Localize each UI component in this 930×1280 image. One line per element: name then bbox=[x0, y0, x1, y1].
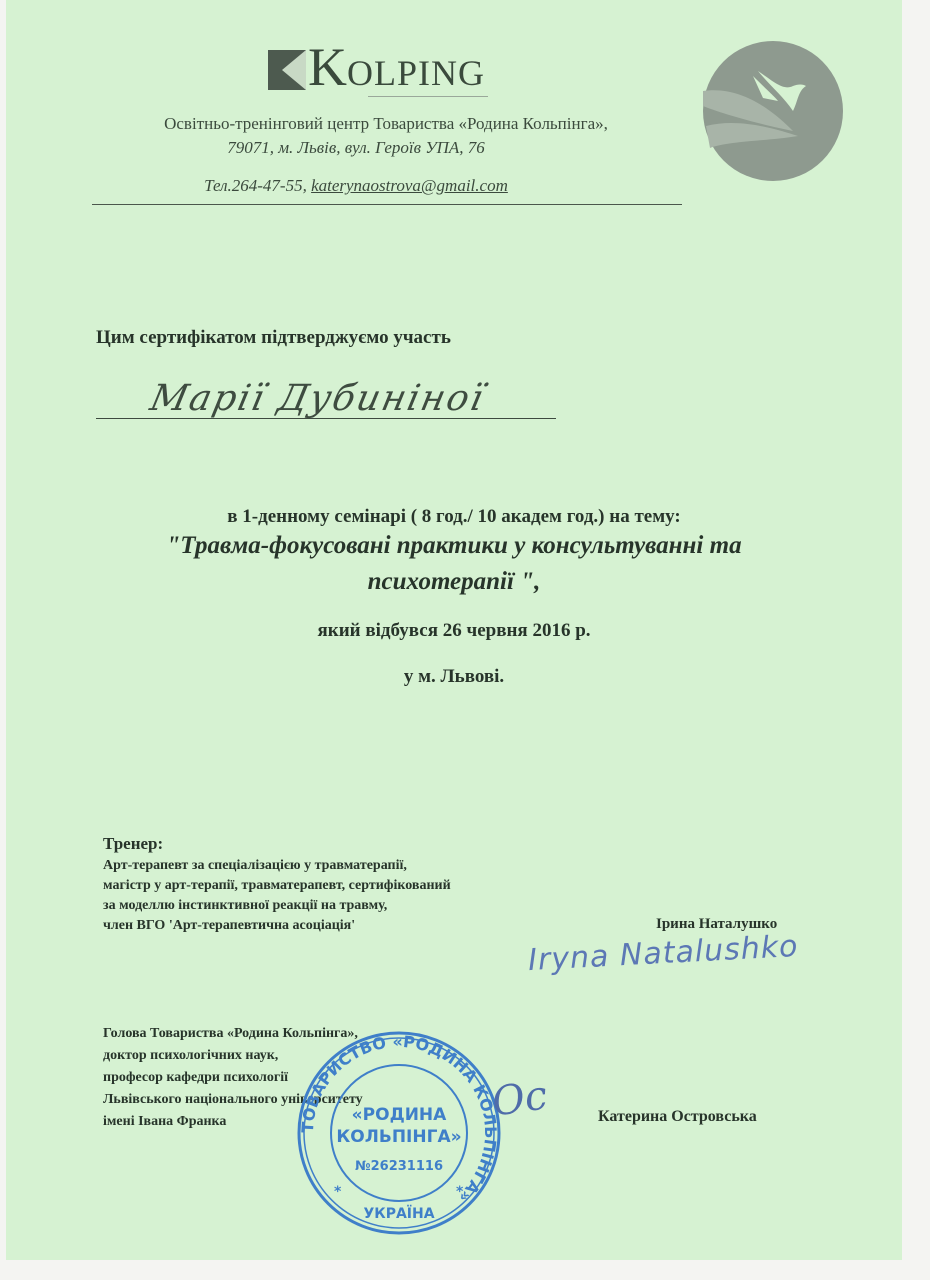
head-signature: Ос bbox=[489, 1072, 550, 1125]
dove-logo-icon bbox=[698, 36, 848, 186]
head-credential-line: професор кафедри психології bbox=[103, 1070, 288, 1086]
participant-name-handwritten: Марії Дубиніної bbox=[147, 378, 489, 419]
logo-olpin: OLPING bbox=[347, 53, 485, 93]
head-name: Катерина Островська bbox=[598, 1108, 757, 1126]
trainer-heading: Тренер: bbox=[103, 834, 163, 854]
participant-name-line bbox=[96, 418, 556, 419]
organization-name: Освітньо-тренінговий центр Товариства «Р… bbox=[6, 114, 766, 134]
seminar-date: який відбувся 26 червня 2016 р. bbox=[6, 620, 902, 642]
official-stamp: ТОВАРИСТВО «РОДИНА КОЛЬПІНГА» «РОДИНА КО… bbox=[294, 1028, 504, 1238]
head-credential-line: доктор психологічних наук, bbox=[103, 1048, 278, 1064]
certificate-page: KOLPING Освітньо-тренінговий центр Товар… bbox=[6, 0, 902, 1260]
head-credential-line: імені Івана Франка bbox=[103, 1114, 226, 1130]
header-divider bbox=[92, 204, 682, 205]
trainer-credential-line: Арт-терапевт за спеціалізацією у травмат… bbox=[103, 858, 407, 874]
kolping-logo: KOLPING bbox=[268, 46, 508, 94]
stamp-center-line1: «РОДИНА bbox=[352, 1105, 447, 1125]
trainer-credential-line: магістр у арт-терапії, травматерапевт, с… bbox=[103, 878, 451, 894]
kolping-wordmark: KOLPING bbox=[308, 40, 485, 94]
phone-text: Тел.264-47-55, bbox=[204, 176, 311, 195]
kolping-triangle-icon bbox=[282, 50, 306, 90]
seminar-description: в 1-денному семінарі ( 8 год./ 10 академ… bbox=[6, 506, 902, 528]
seminar-topic-line2: психотерапії ", bbox=[6, 568, 902, 596]
organization-address: 79071, м. Львів, вул. Героїв УПА, 76 bbox=[6, 138, 706, 158]
certificate-intro: Цим сертифікатом підтверджуємо участь bbox=[96, 327, 451, 349]
contact-line: Тел.264-47-55, katerynaostrova@gmail.com bbox=[6, 176, 706, 196]
stamp-center-line2: КОЛЬПІНГА» bbox=[336, 1127, 461, 1147]
seminar-topic-line1: "Травма-фокусовані практики у консультув… bbox=[6, 532, 902, 560]
stamp-star-left: * bbox=[334, 1184, 342, 1200]
email-link[interactable]: katerynaostrova@gmail.com bbox=[311, 176, 508, 195]
trainer-signature: Iryna Natalushko bbox=[527, 929, 799, 978]
logo-underline bbox=[368, 96, 488, 97]
seminar-city: у м. Львові. bbox=[6, 666, 902, 688]
trainer-credential-line: за моделлю інстинктивної реакції на трав… bbox=[103, 898, 387, 914]
logo-k: K bbox=[308, 37, 347, 97]
trainer-credential-line: член ВГО 'Арт-терапевтична асоціація' bbox=[103, 918, 355, 934]
stamp-number: №26231116 bbox=[355, 1159, 443, 1174]
stamp-bottom-text: УКРАЇНА bbox=[363, 1205, 434, 1222]
stamp-star-right: * bbox=[456, 1184, 464, 1200]
